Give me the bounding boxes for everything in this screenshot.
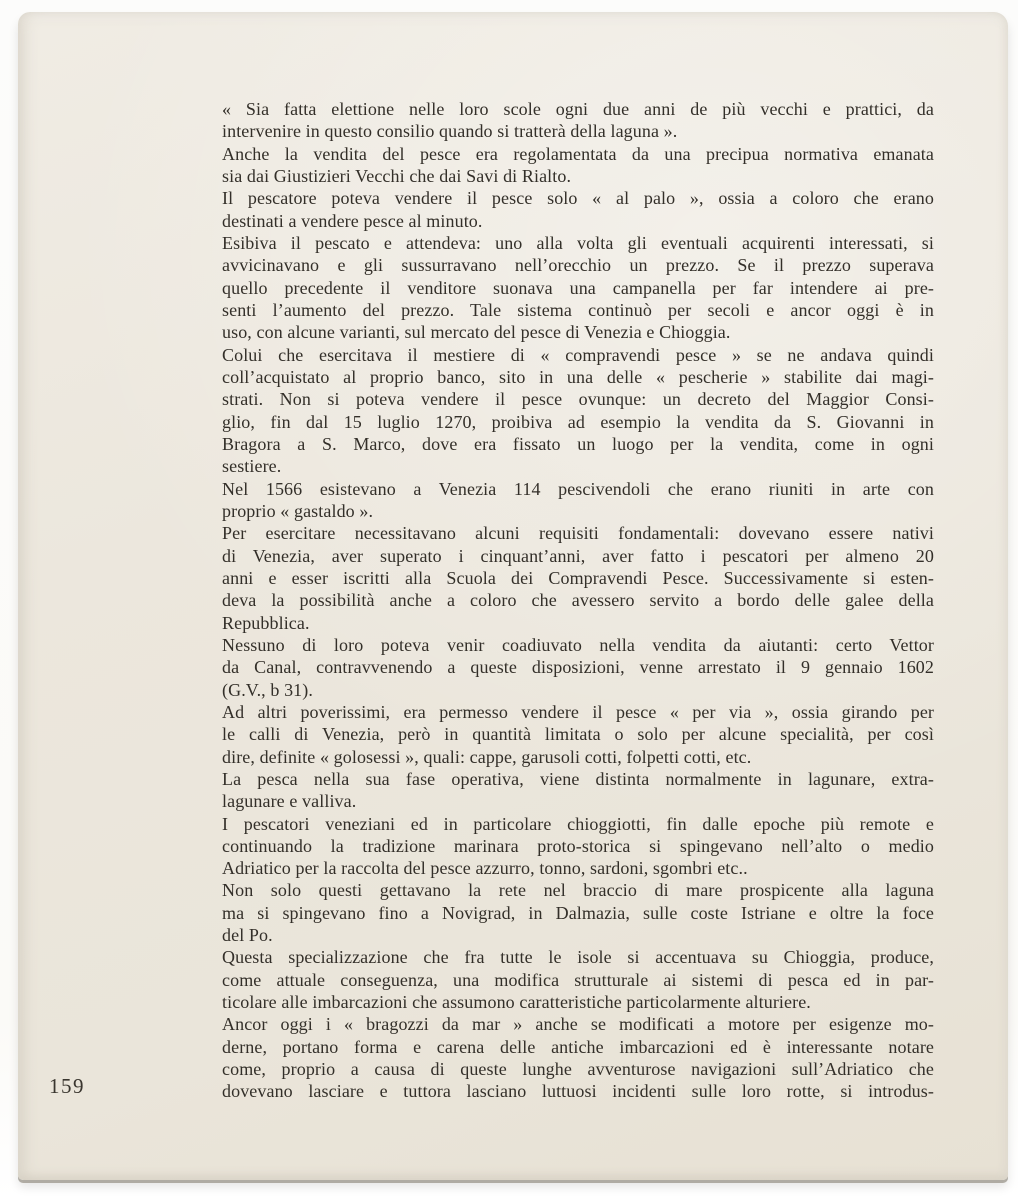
text-line: Non solo questi gettavano la rete nel br… [222, 879, 934, 901]
text-line: avvicinavano e gli sussurravano nell’ore… [222, 254, 934, 276]
text-line: proprio « gastaldo ». [222, 500, 934, 522]
text-line: Ancor oggi i « bragozzi da mar » anche s… [222, 1013, 934, 1035]
text-line: Esibiva il pescato e attendeva: uno alla… [222, 232, 934, 254]
text-line: Ad altri poverissimi, era permesso vende… [222, 701, 934, 723]
page-number: 159 [49, 1074, 85, 1099]
text-line: « Sia fatta elettione nelle loro scole o… [222, 98, 934, 120]
text-block: « Sia fatta elettione nelle loro scole o… [222, 98, 934, 1103]
text-line: uso, con alcune varianti, sul mercato de… [222, 321, 934, 343]
text-line: le calli di Venezia, però in quantità li… [222, 723, 934, 745]
text-line: lagunare e valliva. [222, 790, 934, 812]
text-line: intervenire in questo consilio quando si… [222, 120, 934, 142]
text-line: (G.V., b 31). [222, 679, 934, 701]
text-line: dire, definite « golosessi », quali: cap… [222, 746, 934, 768]
text-line: senti l’aumento del prezzo. Tale sistema… [222, 299, 934, 321]
text-line: come, proprio a causa di queste lunghe a… [222, 1058, 934, 1080]
text-line: glio, fin dal 15 luglio 1270, proibiva a… [222, 411, 934, 433]
text-line: Anche la vendita del pesce era regolamen… [222, 143, 934, 165]
text-line: coll’acquistato al proprio banco, sito i… [222, 366, 934, 388]
text-line: destinati a vendere pesce al minuto. [222, 210, 934, 232]
text-line: dovevano lasciare e tuttora lasciano lut… [222, 1080, 934, 1102]
text-line: da Canal, contravvenendo a queste dispos… [222, 656, 934, 678]
text-line: strati. Non si poteva vendere il pesce o… [222, 388, 934, 410]
text-line: di Venezia, aver superato i cinquant’ann… [222, 545, 934, 567]
text-line: Il pescatore poteva vendere il pesce sol… [222, 187, 934, 209]
text-line: Repubblica. [222, 612, 934, 634]
text-line: continuando la tradizione marinara proto… [222, 835, 934, 857]
text-line: sia dai Giustizieri Vecchi che dai Savi … [222, 165, 934, 187]
text-line: Per esercitare necessitavano alcuni requ… [222, 522, 934, 544]
text-line: come attuale conseguenza, una modifica s… [222, 969, 934, 991]
text-line: Nel 1566 esistevano a Venezia 114 pesciv… [222, 478, 934, 500]
book-page: « Sia fatta elettione nelle loro scole o… [18, 12, 1008, 1180]
text-line: deva la possibilità anche a coloro che a… [222, 589, 934, 611]
text-line: La pesca nella sua fase operativa, viene… [222, 768, 934, 790]
text-line: Questa specializzazione che fra tutte le… [222, 946, 934, 968]
text-line: derne, portano forma e carena delle anti… [222, 1036, 934, 1058]
text-line: sestiere. [222, 455, 934, 477]
text-line: del Po. [222, 924, 934, 946]
text-line: Nessuno di loro poteva venir coadiuvato … [222, 634, 934, 656]
text-line: Colui che esercitava il mestiere di « co… [222, 344, 934, 366]
scan-background: « Sia fatta elettione nelle loro scole o… [0, 0, 1018, 1200]
text-line: anni e esser iscritti alla Scuola dei Co… [222, 567, 934, 589]
text-line: quello precedente il venditore suonava u… [222, 277, 934, 299]
text-line: I pescatori veneziani ed in particolare … [222, 813, 934, 835]
text-line: ticolare alle imbarcazioni che assumono … [222, 991, 934, 1013]
text-line: Adriatico per la raccolta del pesce azzu… [222, 857, 934, 879]
text-line: ma si spingevano fino a Novigrad, in Dal… [222, 902, 934, 924]
text-line: Bragora a S. Marco, dove era fissato un … [222, 433, 934, 455]
